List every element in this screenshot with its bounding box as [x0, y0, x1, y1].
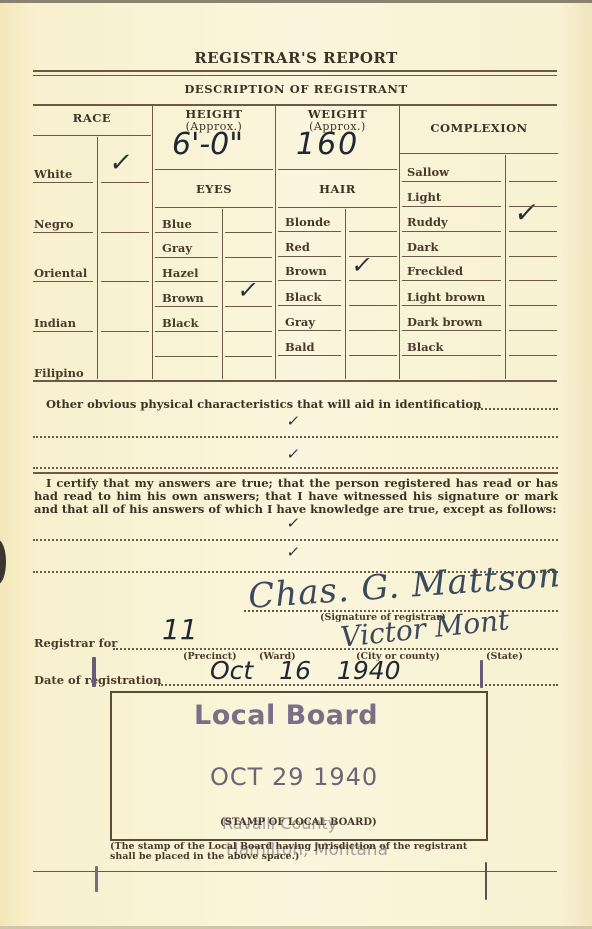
pin-mark-left — [92, 657, 96, 687]
complexion-check-rule — [509, 231, 557, 232]
scan-top-edge — [0, 0, 592, 3]
complexion-ruddy-check[interactable]: ✓ — [512, 196, 541, 229]
hair-black-label: Black — [285, 290, 322, 304]
eyes-row-rule — [155, 232, 218, 233]
eyes-check-rule — [225, 331, 272, 332]
complexion-light-brown-label: Light brown — [407, 290, 485, 304]
eyes-gray-label: Gray — [162, 241, 192, 255]
certification-line-1[interactable] — [33, 539, 558, 541]
hair-check-rule — [349, 355, 397, 356]
hair-brown-label: Brown — [285, 264, 327, 278]
stamp-date: OCT 29 1940 — [210, 763, 378, 791]
registrar-for-label: Registrar for — [34, 636, 117, 650]
hair-check-rule — [349, 330, 397, 331]
stamp-local-board: Local Board — [194, 700, 378, 731]
race-header-rule — [33, 135, 151, 136]
col-divider-height — [275, 105, 276, 379]
header-weight-label: WEIGHT — [308, 107, 367, 121]
hair-gray-label: Gray — [285, 315, 315, 329]
pin-mark-right — [480, 660, 483, 688]
weight-rule — [278, 169, 397, 170]
complexion-sallow-label: Sallow — [407, 165, 449, 179]
header-race: RACE — [33, 111, 151, 125]
certification-text: I certify that my answers are true; that… — [34, 477, 558, 516]
col-divider-race — [152, 105, 153, 379]
height-value: 6'-0" — [172, 127, 243, 162]
eyes-row-rule — [155, 257, 218, 258]
complexion-row-rule — [402, 280, 501, 281]
certification-answer-2: ✓ — [285, 543, 301, 561]
complexion-check-rule — [509, 330, 557, 331]
race-row-rule — [33, 281, 93, 282]
race-white-check[interactable]: ✓ — [107, 148, 134, 178]
race-indian-label: Indian — [34, 316, 76, 330]
col-divider-hair-check — [345, 209, 346, 379]
complexion-check-rule — [509, 305, 557, 306]
eyes-row-rule — [155, 306, 218, 307]
characteristics-leader — [474, 408, 558, 410]
registrar-signature: Chas. G. Mattson — [247, 555, 562, 617]
hair-row-rule — [278, 256, 341, 257]
hair-check-rule — [349, 305, 397, 306]
hair-header-rule — [278, 207, 397, 208]
hair-check-rule — [349, 231, 397, 232]
stamp-note: (The stamp of the Local Board having jur… — [110, 842, 488, 862]
characteristics-answer-2: ✓ — [285, 445, 301, 463]
header-complexion: COMPLEXION — [400, 121, 558, 135]
registrar-for-line[interactable] — [113, 648, 558, 650]
date-value: Oct 16 1940 — [210, 656, 401, 685]
hair-check-rule — [349, 256, 397, 257]
certification-answer-1: ✓ — [285, 514, 301, 532]
bottom-rule — [33, 871, 557, 872]
table-bottom-rule — [33, 380, 557, 382]
complexion-black-label: Black — [407, 340, 444, 354]
pin-mark-bottom-right — [485, 862, 487, 900]
complexion-check-rule — [509, 256, 557, 257]
hair-blonde-label: Blonde — [285, 215, 330, 229]
col-divider-complexion-check — [505, 155, 506, 379]
pin-mark-bottom-left — [95, 866, 98, 892]
characteristics-prompt: Other obvious physical characteristics t… — [46, 397, 481, 411]
complexion-light-label: Light — [407, 190, 441, 204]
header-eyes: EYES — [153, 182, 275, 196]
race-white-label: White — [34, 167, 72, 181]
complexion-check-rule — [509, 181, 557, 182]
date-label: Date of registration — [34, 673, 161, 687]
complexion-check-rule — [509, 280, 557, 281]
hair-check-rule — [349, 280, 397, 281]
header-height-label: HEIGHT — [185, 107, 242, 121]
report-title: REGISTRAR'S REPORT — [0, 49, 592, 67]
title-rule-thin — [33, 75, 557, 76]
race-oriental-label: Oriental — [34, 266, 87, 280]
eyes-black-label: Black — [162, 316, 199, 330]
characteristics-answer-1: ✓ — [285, 412, 301, 430]
eyes-header-rule — [155, 207, 273, 208]
weight-value: 160 — [296, 127, 359, 162]
state-caption: (State) — [486, 651, 523, 662]
race-row-rule — [33, 232, 93, 233]
eyes-check-rule — [225, 306, 272, 307]
hair-row-rule — [278, 355, 341, 356]
hair-row-rule — [278, 305, 341, 306]
title-rule — [33, 70, 557, 72]
eyes-brown-label: Brown — [162, 291, 204, 305]
complexion-freckled-label: Freckled — [407, 264, 463, 278]
race-filipino-label: Filipino — [34, 366, 84, 380]
stamp-box-caption: (STAMP OF LOCAL BOARD) — [220, 817, 377, 828]
col-divider-race-check — [97, 137, 98, 379]
complexion-row-rule — [402, 305, 501, 306]
precinct-value: 11 — [162, 613, 198, 646]
complexion-row-rule — [402, 206, 501, 207]
complexion-ruddy-label: Ruddy — [407, 215, 448, 229]
hair-red-label: Red — [285, 240, 310, 254]
complexion-row-rule — [402, 181, 501, 182]
eyes-check-rule — [225, 232, 272, 233]
eyes-row-rule — [155, 281, 218, 282]
eyes-check-rule — [225, 356, 272, 357]
complexion-header-rule — [400, 153, 558, 154]
complexion-check-rule — [509, 355, 557, 356]
characteristics-line-1[interactable] — [33, 436, 558, 438]
race-negro-label: Negro — [34, 217, 74, 231]
height-rule — [155, 169, 273, 170]
complexion-row-rule — [402, 355, 501, 356]
eyes-row-rule — [155, 331, 218, 332]
eyes-hazel-label: Hazel — [162, 266, 199, 280]
race-row-rule — [33, 182, 93, 183]
hair-row-rule — [278, 330, 341, 331]
complexion-row-rule — [402, 256, 501, 257]
col-divider-weight — [399, 105, 400, 379]
eyes-row-rule — [155, 356, 218, 357]
col-divider-eyes-check — [222, 209, 223, 379]
complexion-check-rule — [509, 206, 557, 207]
eyes-blue-label: Blue — [162, 217, 192, 231]
characteristics-line-2[interactable] — [33, 467, 558, 469]
section-subtitle: DESCRIPTION OF REGISTRANT — [0, 82, 592, 96]
hair-bald-label: Bald — [285, 340, 315, 354]
complexion-dark-label: Dark — [407, 240, 438, 254]
complexion-row-rule — [402, 330, 501, 331]
header-hair: HAIR — [276, 182, 399, 196]
race-check-rule — [101, 182, 149, 183]
race-row-rule — [33, 331, 93, 332]
race-check-rule — [101, 331, 149, 332]
punch-hole — [0, 540, 6, 584]
race-check-rule — [101, 232, 149, 233]
section-divider — [33, 472, 558, 474]
hair-row-rule — [278, 231, 341, 232]
table-top-rule — [33, 104, 557, 106]
complexion-dark-brown-label: Dark brown — [407, 315, 483, 329]
eyes-check-rule — [225, 281, 272, 282]
hair-row-rule — [278, 280, 341, 281]
eyes-check-rule — [225, 257, 272, 258]
complexion-row-rule — [402, 231, 501, 232]
race-check-rule — [101, 281, 149, 282]
